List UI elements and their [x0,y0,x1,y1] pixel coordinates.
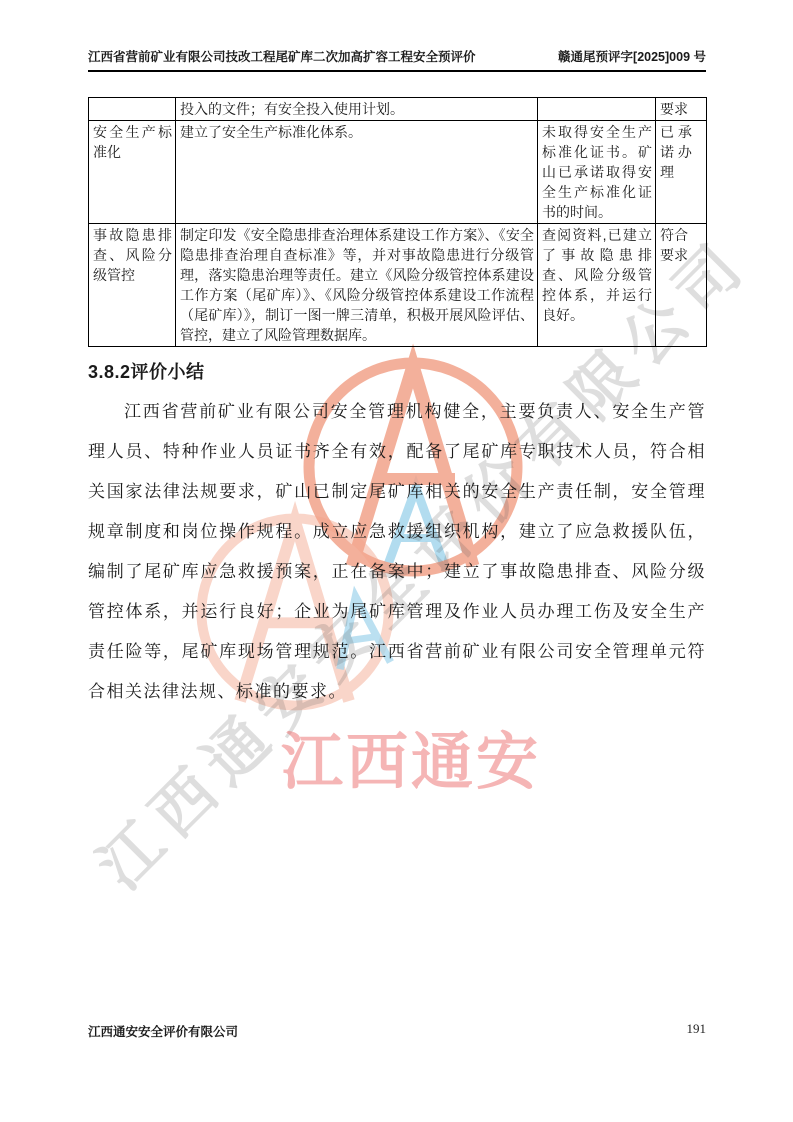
table-cell-item: 安全生产标准化 [89,121,176,224]
compliance-table: 投入的文件；有安全投入使用计划。 要求 安全生产标准化 建立了安全生产标准化体系… [88,97,707,347]
table-cell-result: 符合 要求 [656,224,707,347]
table-cell-item: 事故隐患排查、风险分级管控 [89,224,176,347]
table-cell-finding [538,98,656,121]
table-row: 投入的文件；有安全投入使用计划。 要求 [89,98,707,121]
table-cell-result: 要求 [656,98,707,121]
table-row: 事故隐患排查、风险分级管控 制定印发《安全隐患排查治理体系建设工作方案》、《安全… [89,224,707,347]
table-cell-item [89,98,176,121]
footer-page-number: 191 [687,1021,707,1037]
table-cell-description: 制定印发《安全隐患排查治理体系建设工作方案》、《安全隐患排查治理自查标准》等，并… [176,224,538,347]
table-cell-finding: 未取得安全生产标准化证书。矿山已承诺取得安全生产标准化证书的时间。 [538,121,656,224]
table-cell-result: 已 承 诺 办 理 [656,121,707,224]
section-body-paragraph: 江西省营前矿业有限公司安全管理机构健全，主要负责人、安全生产管理人员、特种作业人… [88,392,706,712]
header-doc-number: 赣通尾预评字[2025]009 号 [558,48,706,66]
page-content: 江西省营前矿业有限公司技改工程尾矿库二次加高扩容工程安全预评价 赣通尾预评字[2… [0,0,793,1122]
footer-company-name: 江西通安安全评价有限公司 [88,1022,238,1040]
section-heading: 3.8.2评价小结 [88,358,205,384]
table-cell-description: 建立了安全生产标准化体系。 [176,121,538,224]
table-cell-finding: 查阅资料,已建立了事故隐患排查、风险分级管控体系，并运行良好。 [538,224,656,347]
page-header: 江西省营前矿业有限公司技改工程尾矿库二次加高扩容工程安全预评价 赣通尾预评字[2… [88,48,706,72]
header-title: 江西省营前矿业有限公司技改工程尾矿库二次加高扩容工程安全预评价 [88,48,476,66]
document-page: 江西通安安全评价有限公司 江西通安 江西省营前矿业有限公司技改工程尾矿库二次加高… [0,0,793,1122]
table-row: 安全生产标准化 建立了安全生产标准化体系。 未取得安全生产标准化证书。矿山已承诺… [89,121,707,224]
table-cell-description: 投入的文件；有安全投入使用计划。 [176,98,538,121]
